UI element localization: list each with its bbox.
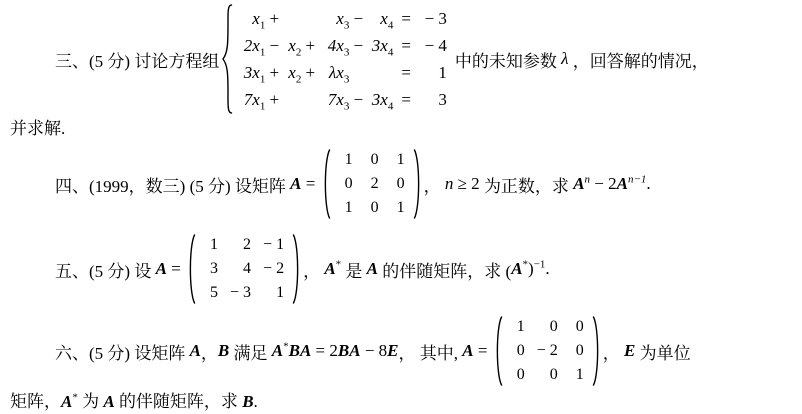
- left-paren: [320, 147, 331, 221]
- problem-4-tail: 为正数，求: [484, 172, 573, 197]
- system-operator: [301, 5, 315, 32]
- matrix-symbol-a: A: [290, 174, 301, 194]
- matrix-cell: 0: [359, 148, 385, 172]
- matrix-symbol-e: E: [624, 341, 635, 361]
- matrix-grid: 100 0− 20 001: [503, 315, 592, 387]
- problem-5-label: 五、(5 分) 设: [55, 257, 156, 282]
- matrix-grid: 101 020 101: [331, 148, 413, 220]
- left-paren: [185, 232, 196, 306]
- term-base: x: [288, 63, 296, 82]
- minus-8: − 8: [361, 341, 388, 361]
- unit-text: 为单位: [635, 339, 690, 364]
- equals-2: = 2: [311, 341, 338, 361]
- a-adjugate-inverse: A*)−1: [511, 259, 545, 279]
- system-equals: =: [393, 86, 419, 113]
- comma: ，: [201, 339, 218, 364]
- right-paren: [413, 147, 424, 221]
- matrix-cell: 0: [505, 363, 531, 387]
- matrix-a5: 12− 1 34− 2 5− 31: [185, 232, 303, 306]
- term-base: 7x: [328, 90, 344, 109]
- matrix-cell: 0: [531, 363, 564, 387]
- left-paren: [492, 314, 503, 388]
- lambda-symbol: λ: [561, 49, 568, 69]
- matrix-cell: 2: [224, 233, 257, 257]
- matrix-cell: 1: [385, 196, 411, 220]
- term-base: 3x: [372, 36, 388, 55]
- matrix-text: 矩阵，: [10, 392, 61, 411]
- matrix-product-ba: BA: [338, 341, 361, 361]
- a-adjugate-ba: A*BA: [272, 341, 312, 361]
- n-symbol: n: [445, 174, 454, 194]
- matrix-symbol-b: B: [218, 341, 229, 361]
- matrix-symbol-a: A: [324, 259, 335, 278]
- term-base: x: [288, 36, 296, 55]
- comma: ，: [303, 257, 324, 282]
- system-equals: =: [393, 32, 419, 59]
- matrix-symbol-a: A: [573, 174, 584, 193]
- term-base: x: [252, 9, 260, 28]
- system-term: x4: [363, 5, 393, 32]
- matrix-symbol-e: E: [387, 341, 398, 361]
- term-base: 3x: [372, 90, 388, 109]
- where-text: ， 其中,: [399, 339, 463, 364]
- system-term: x3: [315, 5, 349, 32]
- system-term: x2: [279, 59, 301, 86]
- term-base: 7x: [244, 90, 260, 109]
- a-adjugate: A*: [61, 392, 78, 411]
- system-operator: −: [349, 5, 363, 32]
- n-condition: ≥ 2: [453, 174, 484, 194]
- problem-6: 六、(5 分) 设矩阵 A ， B 满足 A*BA = 2 BA − 8 E ，…: [10, 313, 796, 389]
- matrix-cell: 1: [505, 315, 531, 339]
- period: .: [254, 392, 258, 411]
- matrix-cell: 0: [564, 315, 590, 339]
- problem-6-label: 六、(5 分) 设矩阵: [55, 339, 190, 364]
- matrix-cell: 4: [224, 257, 257, 281]
- term-base: 3x: [244, 63, 260, 82]
- system-term: 3x1: [237, 59, 265, 86]
- term-base: x: [336, 9, 344, 28]
- equals-sign: =: [302, 174, 320, 194]
- system-rhs: 1: [419, 59, 447, 86]
- exponent-n-minus-1: n−1: [628, 173, 646, 185]
- right-paren: [592, 314, 603, 388]
- system-term: 3x4: [363, 86, 393, 113]
- matrix-symbol-b: B: [242, 392, 253, 411]
- period: .: [545, 259, 549, 279]
- matrix-cell: 5: [198, 281, 224, 305]
- matrix-cell: 0: [505, 339, 531, 363]
- matrix-cell: 1: [198, 233, 224, 257]
- matrix-symbol-a: A: [617, 174, 628, 193]
- matrix-cell: 3: [198, 257, 224, 281]
- system-operator: −: [265, 32, 279, 59]
- system-term: [279, 5, 301, 32]
- matrix-cell: 0: [359, 196, 385, 220]
- comma: ，: [424, 172, 445, 197]
- system-operator: −: [349, 86, 363, 113]
- problem-3-tail-1: 中的未知参数: [455, 47, 561, 72]
- a-adjugate: A*: [324, 259, 341, 279]
- system-equals: =: [393, 59, 419, 86]
- system-term: λx3: [315, 59, 349, 86]
- a-power-n-minus-1: An−1: [617, 174, 647, 194]
- system-term: 7x3: [315, 86, 349, 113]
- matrix-symbol-a: A: [462, 341, 473, 361]
- matrix-cell: 1: [257, 281, 290, 305]
- problem-3-continuation: 并求解.: [10, 119, 796, 139]
- problem-4: 四、(1999，数三) (5 分) 设矩阵 A = 101 020 101 ， …: [10, 147, 796, 221]
- matrix-cell: 1: [333, 148, 359, 172]
- system-equals: =: [393, 5, 419, 32]
- matrix-cell: − 3: [224, 281, 257, 305]
- term-base: x: [380, 9, 388, 28]
- system-term: x1: [237, 5, 265, 32]
- matrix-cell: − 2: [531, 339, 564, 363]
- matrix-symbol-a: A: [272, 341, 283, 360]
- matrix-cell: 1: [385, 148, 411, 172]
- system-term: 2x1: [237, 32, 265, 59]
- problem-6-continuation: 矩阵，A* 为 A 的伴随矩阵，求 B.: [10, 392, 796, 412]
- system-term: x2: [279, 32, 301, 59]
- system-operator: [301, 86, 315, 113]
- system-term: 4x3: [315, 32, 349, 59]
- matrix-cell: 2: [359, 172, 385, 196]
- matrix-symbol-a: A: [190, 341, 201, 361]
- matrix-cell: 0: [385, 172, 411, 196]
- system-term: [279, 86, 301, 113]
- system-term: 7x1: [237, 86, 265, 113]
- comma: ，: [603, 339, 624, 364]
- left-brace: [219, 3, 234, 115]
- equation-system: x1 + x3 − x4 = − 3 2x1 − x2 + 4x3 − 3x4 …: [219, 3, 447, 115]
- matrix-a4: 101 020 101: [320, 147, 424, 221]
- is-text: 是: [341, 257, 367, 282]
- term-base: 2x: [244, 36, 260, 55]
- system-operator: +: [301, 59, 315, 86]
- term-base: 4x: [328, 36, 344, 55]
- problem-3-label: 三、(5 分) 讨论方程组: [55, 47, 219, 72]
- matrix-grid: 12− 1 34− 2 5− 31: [196, 233, 292, 305]
- matrix-cell: − 2: [257, 257, 290, 281]
- matrix-symbol-a: A: [367, 259, 378, 279]
- matrix-cell: 0: [564, 339, 590, 363]
- matrix-cell: 1: [564, 363, 590, 387]
- system-rhs: − 3: [419, 5, 447, 32]
- system-rhs: 3: [419, 86, 447, 113]
- satisfies-text: 满足: [229, 339, 272, 364]
- matrix-symbol-a: A: [61, 392, 72, 411]
- matrix-a6: 100 0− 20 001: [492, 314, 603, 388]
- system-grid: x1 + x3 − x4 = − 3 2x1 − x2 + 4x3 − 3x4 …: [237, 5, 447, 113]
- page-root: 三、(5 分) 讨论方程组 x1 + x3 − x4 = − 3 2x1 − x…: [0, 0, 802, 412]
- matrix-product-ba: BA: [289, 341, 312, 360]
- minus-2: − 2: [590, 174, 617, 194]
- period: .: [646, 174, 650, 194]
- problem-4-label: 四、(1999，数三) (5 分) 设矩阵: [55, 172, 290, 197]
- matrix-cell: − 1: [257, 233, 290, 257]
- matrix-cell: 0: [531, 315, 564, 339]
- equals-sign: =: [474, 341, 492, 361]
- is-text: 为: [78, 392, 104, 411]
- system-term: 3x4: [363, 32, 393, 59]
- adjugate-find-text: 的伴随矩阵，求: [115, 392, 243, 411]
- matrix-cell: 0: [333, 172, 359, 196]
- matrix-symbol-a: A: [511, 259, 522, 278]
- system-operator: +: [265, 59, 279, 86]
- system-term: [363, 59, 393, 86]
- inverse-superscript: −1: [534, 258, 546, 270]
- matrix-symbol-a: A: [156, 259, 167, 279]
- system-operator: [349, 59, 363, 86]
- problem-3: 三、(5 分) 讨论方程组 x1 + x3 − x4 = − 3 2x1 − x…: [10, 2, 796, 116]
- system-rhs: − 4: [419, 32, 447, 59]
- matrix-symbol-a: A: [103, 392, 114, 411]
- system-operator: +: [265, 5, 279, 32]
- term-base: λx: [329, 63, 344, 82]
- system-operator: +: [265, 86, 279, 113]
- problem-5: 五、(5 分) 设 A = 12− 1 34− 2 5− 31 ， A* 是 A…: [10, 230, 796, 308]
- a-power-n: An: [573, 174, 590, 194]
- matrix-cell: 1: [333, 196, 359, 220]
- system-operator: +: [301, 32, 315, 59]
- system-operator: −: [349, 32, 363, 59]
- equals-sign: =: [167, 259, 185, 279]
- problem-5-tail: 的伴随矩阵，求 (: [378, 257, 511, 282]
- right-paren: [292, 232, 303, 306]
- problem-3-tail-2: ，回答解的情况，: [569, 47, 709, 72]
